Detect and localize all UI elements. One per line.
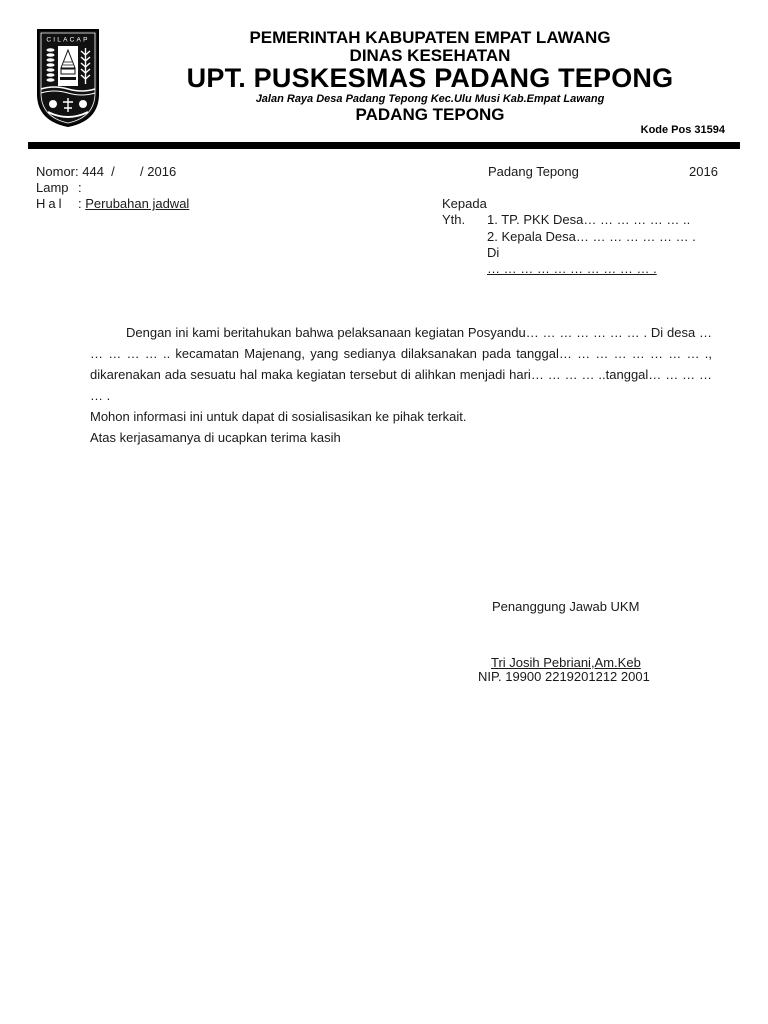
letter-body: Dengan ini kami beritahukan bahwa pelaks… bbox=[90, 322, 712, 448]
hal-value: Perubahan jadwal bbox=[85, 196, 189, 211]
letter-year: 2016 bbox=[689, 164, 718, 179]
body-paragraph: Dengan ini kami beritahukan bahwa pelaks… bbox=[90, 322, 712, 406]
letterhead-address: Jalan Raya Desa Padang Tepong Kec.Ulu Mu… bbox=[46, 93, 768, 105]
letter-attachment: Lamp: bbox=[36, 180, 82, 195]
lamp-label: Lamp bbox=[36, 180, 78, 195]
letterhead-divider bbox=[28, 142, 740, 149]
letter-number: Nomor: 444 / / 2016 bbox=[36, 164, 176, 179]
lamp-separator: : bbox=[78, 180, 82, 195]
letterhead-postal-code: Kode Pos 31594 bbox=[641, 124, 725, 136]
nomor-value: 444 / / 2016 bbox=[79, 164, 177, 179]
addressee-item: 1. TP. PKK Desa… … … … … … .. bbox=[487, 212, 690, 227]
addressee-kepada: Kepada bbox=[442, 196, 487, 211]
addressee-yth: Yth. bbox=[442, 212, 465, 227]
letterhead-institution: UPT. PUSKESMAS PADANG TEPONG bbox=[46, 63, 768, 94]
signature-name: Tri Josih Pebriani,Am.Keb bbox=[491, 655, 641, 670]
nomor-label: Nomor: bbox=[36, 164, 79, 179]
signature-role: Penanggung Jawab UKM bbox=[492, 599, 639, 614]
body-request-line: Mohon informasi ini untuk dapat di sosia… bbox=[90, 406, 712, 427]
hal-label: Hal bbox=[36, 196, 78, 211]
addressee-item: 2. Kepala Desa… … … … … … … . bbox=[487, 229, 696, 244]
letterhead-government: PEMERINTAH KABUPATEN EMPAT LAWANG bbox=[46, 28, 768, 48]
letter-place: Padang Tepong bbox=[488, 164, 579, 179]
addressee-di: Di bbox=[487, 245, 499, 260]
letterhead-city: PADANG TEPONG bbox=[46, 105, 768, 125]
signature-nip: NIP. 19900 2219201212 2001 bbox=[478, 669, 650, 684]
letter-subject: Hal: Perubahan jadwal bbox=[36, 196, 189, 211]
addressee-location-blank: … … … … … … … … … … . bbox=[487, 261, 657, 276]
body-thanks-line: Atas kerjasamanya di ucapkan terima kasi… bbox=[90, 427, 712, 448]
